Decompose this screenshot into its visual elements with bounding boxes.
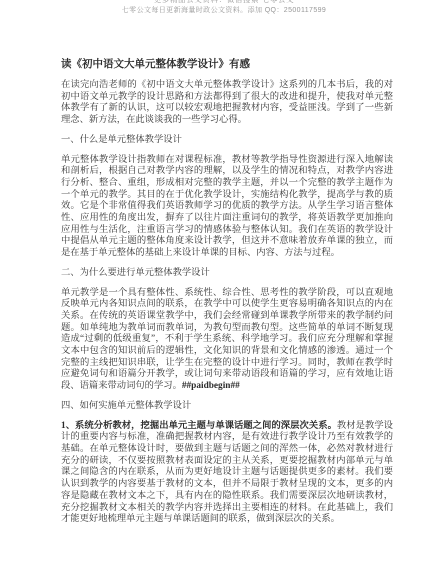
section-3-heading: 四、如何实施单元整体教学设计 xyxy=(61,401,393,413)
section-2-heading: 二、为什么要进行单元整体教学设计 xyxy=(61,268,393,280)
section-3-paragraph: 1、系统分析教材，挖掘出单元主题与单课话题之间的深层次关系。教材是教学设计的重要… xyxy=(61,421,393,526)
document-title: 读《初中语文大单元整体教学设计》有感 xyxy=(61,58,393,71)
watermark-line-1-clipped: 更多精品公文资料：微信搜索 七零公文 xyxy=(0,0,448,4)
intro-paragraph: 在读完向浩老师的《初中语文大单元整体教学设计》这系列的几本书后，我的对初中语文单… xyxy=(61,80,393,127)
document-page: 更多精品公文资料：微信搜索 七零公文 七零公文每日更新海量时政公文资料。添加 Q… xyxy=(0,0,448,580)
document-body: 读《初中语文大单元整体教学设计》有感 在读完向浩老师的《初中语文大单元整体教学设… xyxy=(61,58,393,534)
watermark-header: 更多精品公文资料：微信搜索 七零公文 七零公文每日更新海量时政公文资料。添加 Q… xyxy=(0,0,448,15)
section-1-heading: 一、什么是单元整体教学设计 xyxy=(61,135,393,147)
paidbegin-marker: ##paidbegin## xyxy=(182,381,240,391)
section-2-paragraph: 单元教学是一个具有整体性、系统性、综合性、思考性的教学阶段，可以直观地反映单元内… xyxy=(61,288,393,393)
point-1-lead-bold: 1、系统分析教材，挖掘出单元主题与单课话题之间的深层次关系。 xyxy=(61,421,337,431)
watermark-line-2: 七零公文每日更新海量时政公文资料。添加 QQ：2500117599 xyxy=(0,6,448,15)
section-2-text: 单元教学是一个具有整体性、系统性、综合性、思考性的教学阶段，可以直观地反映单元内… xyxy=(61,288,393,392)
section-1-paragraph: 单元整体教学设计指教师在对课程标准，教材等教学指导性资源进行深入地解读和剖析后，… xyxy=(61,155,393,260)
point-1-text: 教材是教学设计的重要内容与标准，准确把握教材内容，是有效进行教学设计乃至有效教学… xyxy=(61,421,393,525)
